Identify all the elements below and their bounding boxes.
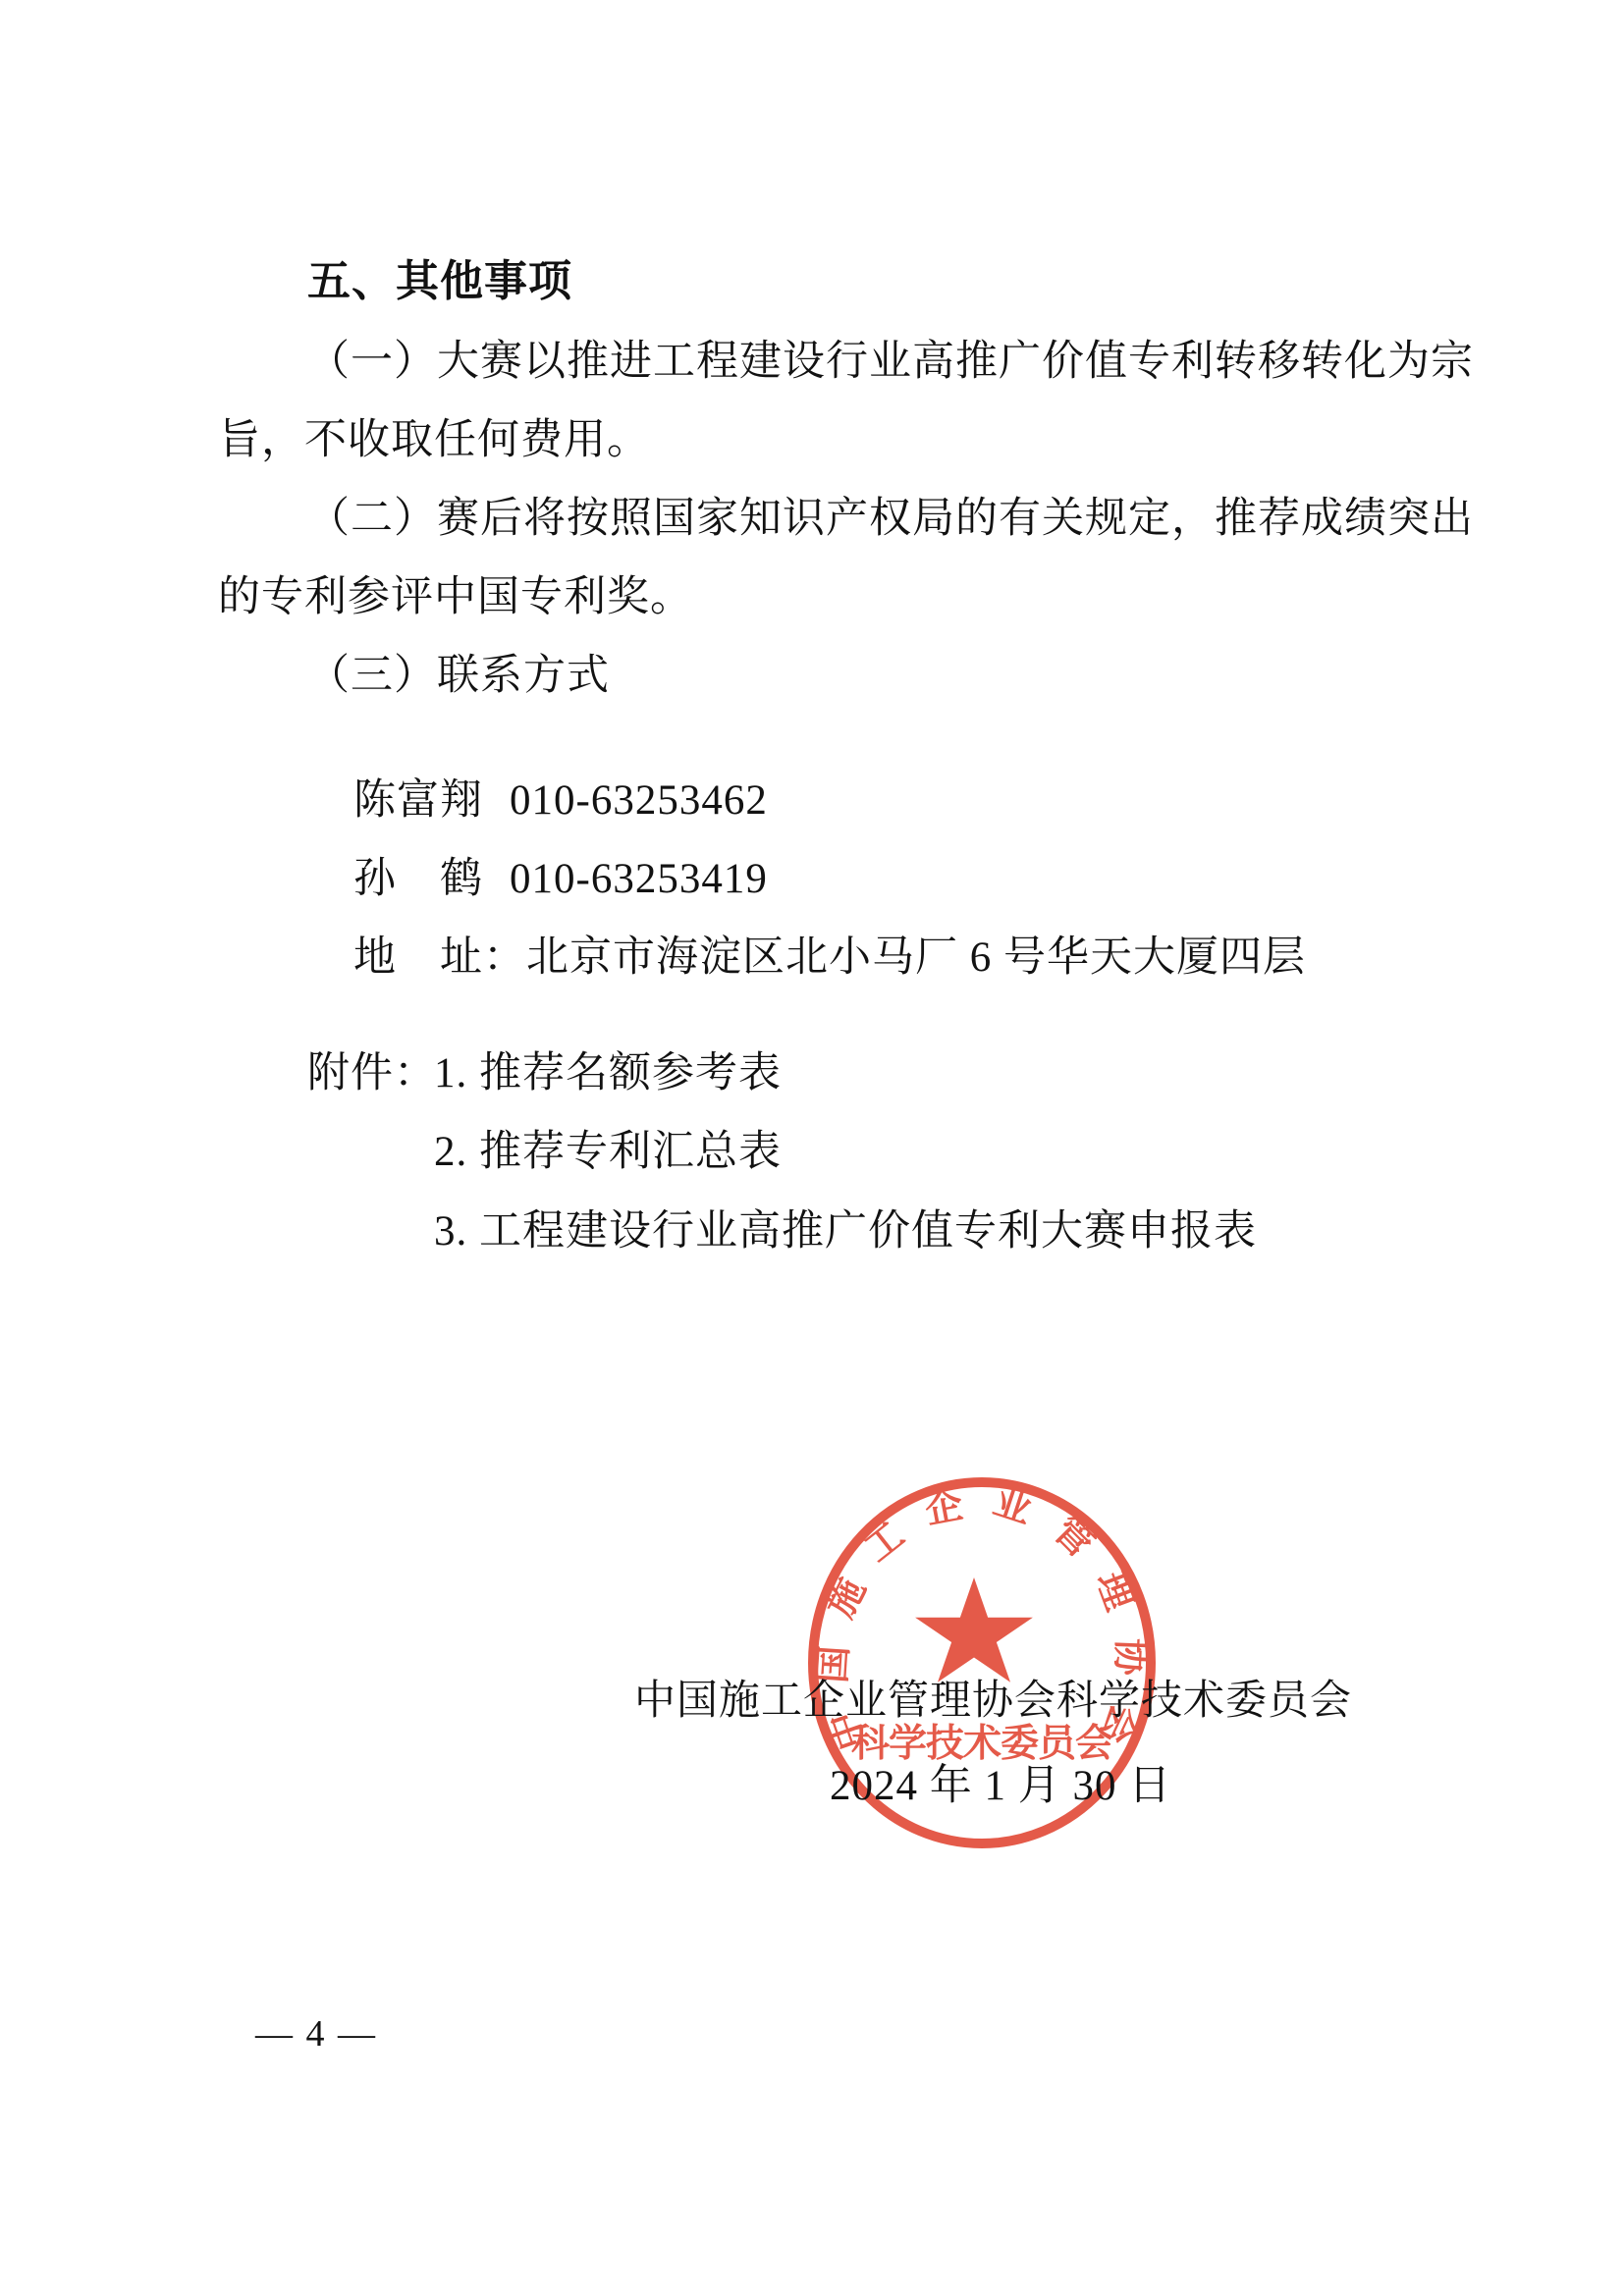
paragraph-2-line-2: 的专利参评中国专利奖。 bbox=[218, 574, 693, 620]
address-value: 北京市海淀区北小马厂 6 号华天大厦四层 bbox=[526, 934, 1306, 981]
official-seal: 中国施工企业管理协会 科学技术委员会 bbox=[776, 1443, 1188, 1885]
seal-inner-text: 科学技术委员会 bbox=[851, 1723, 1113, 1765]
paragraph-1-line-1: （一）大赛以推进工程建设行业高推广价值专利转移转化为宗 bbox=[307, 339, 1474, 385]
paragraph-1-line-2: 旨，不收取任何费用。 bbox=[218, 417, 650, 463]
attachments-label: 附件： bbox=[307, 1050, 437, 1096]
section-heading: 五、其他事项 bbox=[307, 258, 572, 305]
attachment-item-3: 3. 工程建设行业高推广价值专利大赛申报表 bbox=[434, 1208, 1257, 1255]
star-icon bbox=[915, 1577, 1033, 1682]
paragraph-3-line-1: （三）联系方式 bbox=[307, 653, 610, 699]
signature-date: 2024 年 1 月 30 日 bbox=[830, 1763, 1171, 1809]
attachment-item-1: 1. 推荐名额参考表 bbox=[434, 1050, 782, 1096]
address-row: 地 址：北京市海淀区北小马厂 6 号华天大厦四层 bbox=[307, 888, 1306, 1028]
signature-org: 中国施工企业管理协会科学技术委员会 bbox=[634, 1679, 1352, 1724]
page-number: — 4 — bbox=[255, 2014, 377, 2056]
address-label: 地 址： bbox=[353, 934, 526, 981]
paragraph-2-line-1: （二）赛后将按照国家知识产权局的有关规定，推荐成绩突出 bbox=[307, 496, 1474, 542]
attachment-item-2: 2. 推荐专利汇总表 bbox=[434, 1129, 782, 1175]
document-page: 五、其他事项 （一）大赛以推进工程建设行业高推广价值专利转移转化为宗 旨，不收取… bbox=[0, 0, 1624, 2296]
